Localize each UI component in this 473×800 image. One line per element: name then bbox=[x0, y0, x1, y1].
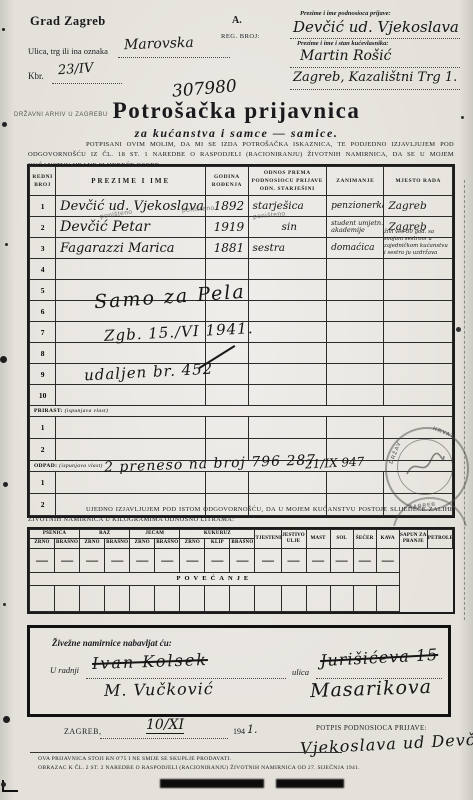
col-mast: MAST bbox=[306, 530, 330, 549]
supply-value: — bbox=[281, 548, 306, 572]
povecanje-label: POVEĆANJE bbox=[30, 572, 400, 585]
member-row-1: 1 Devčić ud. Vjekoslava 1892 starješica … bbox=[30, 196, 453, 217]
col-godina: GODINA ROĐENJA bbox=[206, 167, 248, 196]
scanned-form-page: Grad Zagreb A. REG. BROJ: Ulica, trg ili… bbox=[0, 0, 473, 800]
street-rule bbox=[118, 56, 230, 58]
supply-value: — bbox=[306, 548, 330, 572]
film-edge-perforation bbox=[464, 180, 465, 620]
scan-specks bbox=[2, 28, 5, 31]
member-name: Fagarazzi Marica bbox=[56, 241, 205, 256]
street-label: Ulica, trg ili ina oznaka bbox=[28, 46, 108, 56]
col-jestivo-ulje: JESTIVO ULJE bbox=[281, 530, 306, 549]
shop-street-label: ulica bbox=[292, 667, 309, 677]
col-sol: SOL bbox=[330, 530, 353, 549]
supply-value: — bbox=[155, 548, 180, 572]
member-relation: starješica bbox=[249, 200, 327, 212]
row-num: 1 bbox=[30, 196, 56, 217]
shop-street-handwriting: Masarikova bbox=[310, 676, 433, 702]
member-relation: sestra bbox=[249, 242, 327, 254]
col-mjesto-rada: MJESTO RADA bbox=[384, 167, 453, 196]
signature-label: POTPIS PODNOSIOCA PRIJAVE: bbox=[316, 724, 427, 732]
member-row-6: 6 bbox=[30, 301, 453, 322]
supply-value: — bbox=[230, 548, 255, 572]
odpad-sublabel: (ispunjava vlast) bbox=[59, 463, 103, 469]
supplies-group-header-row: PŠENICA RAŽ JEČAM KUKURUZ TJESTENINE JES… bbox=[30, 530, 453, 539]
col-sapun: SAPUN ZA PRANJE bbox=[399, 530, 427, 549]
row-num: 5 bbox=[30, 280, 56, 301]
col-secer: ŠEĆER bbox=[353, 530, 376, 549]
form-subtitle: za kućanstva i samce — samice. bbox=[0, 126, 473, 141]
member-row-8: 8 bbox=[30, 343, 453, 364]
form-title: Potrošačka prijavnica bbox=[0, 98, 473, 124]
group-psenica: PŠENICA bbox=[30, 530, 80, 539]
member-year: 1881 bbox=[206, 241, 247, 255]
odpad-label: ODPAD: bbox=[34, 463, 57, 469]
supply-value: — bbox=[376, 548, 399, 572]
col-odnos: ODNOS PREMA PODNOSIOCU PRIJAVE ODN. STAR… bbox=[248, 167, 327, 196]
date-handwriting: 10/XI bbox=[146, 717, 184, 734]
applicant-rule bbox=[290, 37, 460, 39]
stamp-scribble bbox=[403, 448, 447, 484]
applicant-signature-handwriting: Vjekoslava ud Devčić bbox=[300, 729, 473, 758]
footnote-2: OBRAZAC K ČL. 2 ST. 2 NAREDBE O RASPODJE… bbox=[38, 765, 360, 771]
col-rednibroj: REDNI BROJ bbox=[30, 167, 56, 196]
film-corner-mark bbox=[2, 780, 18, 792]
member-relation: sin bbox=[249, 221, 327, 233]
kbr-rule bbox=[52, 82, 122, 84]
date-city-label: ZAGREB, bbox=[64, 727, 102, 736]
street-value-handwriting: Marovska bbox=[124, 35, 194, 53]
owner-address-rule bbox=[290, 88, 460, 90]
shop-declaration-box: Živežne namirnice nabavljat ću: U radnji… bbox=[27, 625, 451, 717]
members-header-row: REDNI BROJ PREZIME I IME GODINA ROĐENJA … bbox=[30, 167, 453, 196]
shop-name-handwriting: M. Vučković bbox=[104, 679, 214, 700]
member-occupation: penzionerka bbox=[327, 201, 383, 211]
sub-brasno: BRAŠNO bbox=[55, 539, 80, 548]
col-zanimanje: ZANIMANJE bbox=[327, 167, 384, 196]
supply-value: — bbox=[353, 548, 376, 572]
supply-value: — bbox=[330, 548, 353, 572]
city-heading: Grad Zagreb bbox=[30, 14, 106, 29]
row-num: 7 bbox=[30, 322, 56, 343]
year-printed: 194 bbox=[233, 727, 245, 736]
member-occupation: student umjetn. akademije bbox=[327, 220, 383, 234]
supplies-empty-row bbox=[30, 585, 453, 611]
supply-value: — bbox=[180, 548, 205, 572]
row-num: 10 bbox=[30, 385, 56, 406]
supply-value: — bbox=[55, 548, 80, 572]
shop-radnji-label: U radnji bbox=[50, 665, 79, 675]
supply-value: — bbox=[30, 548, 55, 572]
houseowner-name-handwriting: Martin Rošić bbox=[300, 48, 391, 64]
member-occupation: domaćica bbox=[327, 243, 383, 253]
houseowner-label: Prezime i ime i stan kućevlasnika: bbox=[297, 40, 389, 47]
year-digit-handwriting: 1. bbox=[247, 723, 258, 736]
microfilm-mark bbox=[276, 779, 344, 788]
supply-value: — bbox=[105, 548, 130, 572]
group-jecam: JEČAM bbox=[130, 530, 180, 539]
sub-brasno: BRAŠNO bbox=[155, 539, 180, 548]
row-num: 1 bbox=[30, 417, 56, 439]
member-row-10: 10 bbox=[30, 385, 453, 406]
house-number-handwriting: 23/IV bbox=[58, 61, 94, 78]
supply-value: — bbox=[80, 548, 105, 572]
member-name: Devčić Petar bbox=[56, 219, 205, 235]
sub-klip: KLIP bbox=[205, 539, 230, 548]
prirast-label: PRIRAST: bbox=[34, 408, 63, 414]
owner-rule bbox=[290, 66, 460, 68]
sub-zrno: ZRNO bbox=[130, 539, 155, 548]
row-num: 8 bbox=[30, 343, 56, 364]
col-prezime-ime: PREZIME I IME bbox=[56, 167, 206, 196]
applicant-name-handwriting: Devčić ud. Vjekoslava bbox=[293, 18, 459, 36]
prirast-band: PRIRAST: (ispunjava vlast) bbox=[30, 406, 453, 417]
col-petrolej: PETROLEJ bbox=[427, 530, 452, 549]
row-num: 3 bbox=[30, 238, 56, 259]
food-supplies-table: PŠENICA RAŽ JEČAM KUKURUZ TJESTENINE JES… bbox=[29, 529, 453, 612]
sub-zrno: ZRNO bbox=[80, 539, 105, 548]
group-kukuruz: KUKURUZ bbox=[180, 530, 255, 539]
applicant-label: Prezime i ime podnosioca prijave: bbox=[300, 10, 391, 17]
form-section-letter: A. bbox=[232, 15, 242, 26]
side-note-handwriting: živi već 30 god. sa svojom sestrom u zaj… bbox=[384, 229, 450, 257]
row-num: 4 bbox=[30, 259, 56, 280]
member-row-4: 4 bbox=[30, 259, 453, 280]
supply-value: — bbox=[205, 548, 230, 572]
date-rule bbox=[100, 737, 228, 739]
member-place: Zagreb bbox=[384, 200, 452, 212]
reg-number-label: REG. BROJ: bbox=[221, 33, 260, 40]
row-num: 2 bbox=[30, 439, 56, 461]
microfilm-mark bbox=[160, 779, 264, 788]
col-kava: KAVA bbox=[376, 530, 399, 549]
prirast-sublabel: (ispunjava vlast) bbox=[65, 408, 109, 414]
col-tjestenine: TJESTENINE bbox=[255, 530, 281, 549]
sub-zrno: ZRNO bbox=[30, 539, 55, 548]
povecanje-band: POVEĆANJE bbox=[30, 572, 453, 585]
row-num: 9 bbox=[30, 364, 56, 385]
sub-zrno: ZRNO bbox=[180, 539, 205, 548]
sub-brasno: BRAŠNO bbox=[230, 539, 255, 548]
member-year: 1919 bbox=[206, 220, 247, 234]
row-num: 6 bbox=[30, 301, 56, 322]
footnote-1: OVA PRIJAVNICA STOJI KN 0'75 I NE SMIJE … bbox=[38, 756, 231, 762]
house-number-label: Kbr. bbox=[28, 71, 44, 81]
houseowner-address-handwriting: Zagreb, Kazalištni Trg 1. bbox=[293, 70, 457, 85]
row-num: 1 bbox=[30, 472, 56, 494]
shop-name-crossed-handwriting: Ivan Kolsek bbox=[92, 650, 209, 673]
sub-brasno: BRAŠNO bbox=[105, 539, 130, 548]
row-num: 2 bbox=[30, 217, 56, 238]
supplies-values-row: — — — — — — — — — — — — — — — bbox=[30, 548, 453, 572]
footnote-rule bbox=[30, 752, 342, 753]
prirast-row-1: 1 bbox=[30, 417, 453, 439]
supply-value: — bbox=[130, 548, 155, 572]
supply-value: — bbox=[255, 548, 281, 572]
declaration-paragraph: UJEDNO IZJAVLJUJEM POD ISTOM ODGOVORNOŠĆ… bbox=[28, 505, 454, 526]
supplies-table-frame: PŠENICA RAŽ JEČAM KUKURUZ TJESTENINE JES… bbox=[27, 527, 455, 614]
group-raz: RAŽ bbox=[80, 530, 130, 539]
shop-street-crossed-handwriting: Jurišićeva 15 bbox=[320, 645, 439, 670]
shop-intro-label: Živežne namirnice nabavljat ću: bbox=[52, 638, 172, 648]
